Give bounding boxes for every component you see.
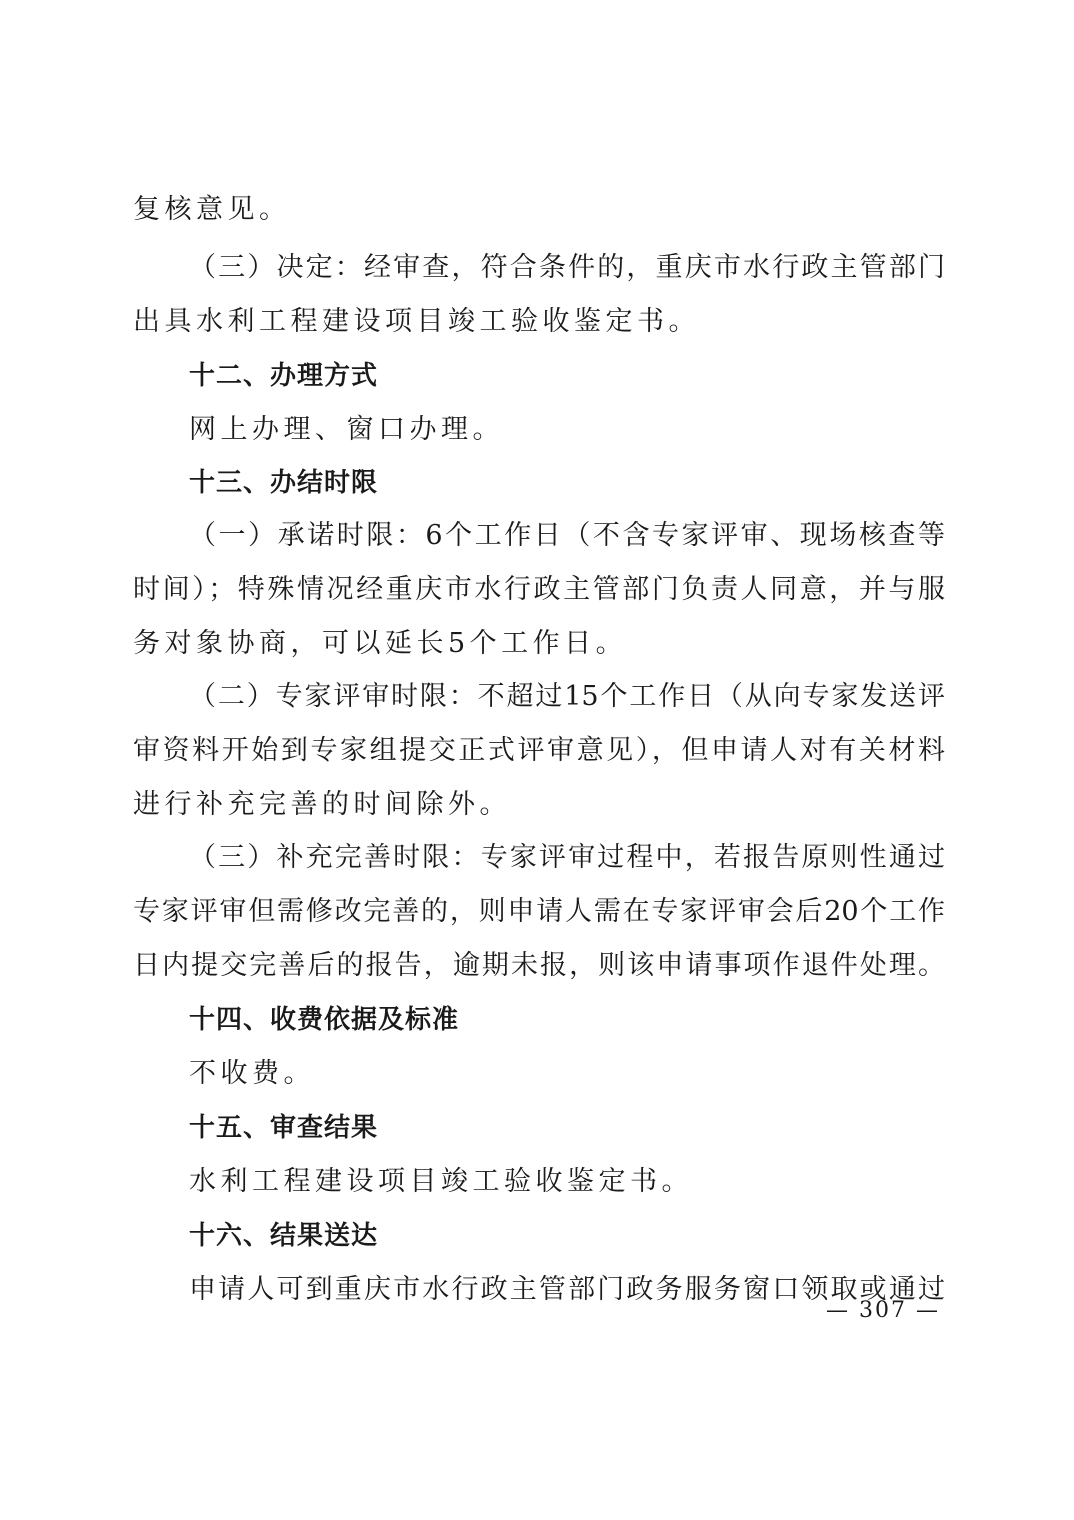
- body-text-line: 专家评审但需修改完善的，则申请人需在专家评审会后20个工作: [133, 892, 945, 932]
- body-text-line: 务对象协商，可以延长5个工作日。: [133, 624, 627, 664]
- body-text-line: 水利工程建设项目竣工验收鉴定书。: [189, 1162, 693, 1202]
- section-heading: 十三、办结时限: [189, 463, 378, 503]
- section-heading: 十五、审查结果: [189, 1108, 378, 1148]
- body-text-line: 进行补充完善的时间除外。: [133, 785, 511, 825]
- body-text-line: （三）决定：经审查，符合条件的，重庆市水行政主管部门: [189, 248, 945, 288]
- page-number: — 307 —: [826, 1296, 940, 1326]
- body-text-line: 日内提交完善后的报告，逾期未报，则该申请事项作退件处理。: [133, 946, 945, 986]
- body-text-line: 复核意见。: [133, 190, 291, 230]
- body-text-line: 时间）；特殊情况经重庆市水行政主管部门负责人同意，并与服: [133, 570, 945, 610]
- body-text-line: 网上办理、窗口办理。: [189, 410, 504, 450]
- section-heading: 十四、收费依据及标准: [189, 1000, 459, 1040]
- section-heading: 十二、办理方式: [189, 356, 378, 396]
- body-text-line: 不收费。: [189, 1054, 315, 1094]
- body-text-line: （一）承诺时限：6个工作日（不含专家评审、现场核查等: [189, 516, 945, 556]
- body-text-line: 审资料开始到专家组提交正式评审意见），但申请人对有关材料: [133, 731, 945, 771]
- body-text-line: （二）专家评审时限：不超过15个工作日（从向专家发送评: [189, 677, 945, 717]
- body-text-line: 出具水利工程建设项目竣工验收鉴定书。: [133, 302, 700, 342]
- section-heading: 十六、结果送达: [189, 1216, 378, 1256]
- body-text-line: （三）补充完善时限：专家评审过程中，若报告原则性通过: [189, 838, 945, 878]
